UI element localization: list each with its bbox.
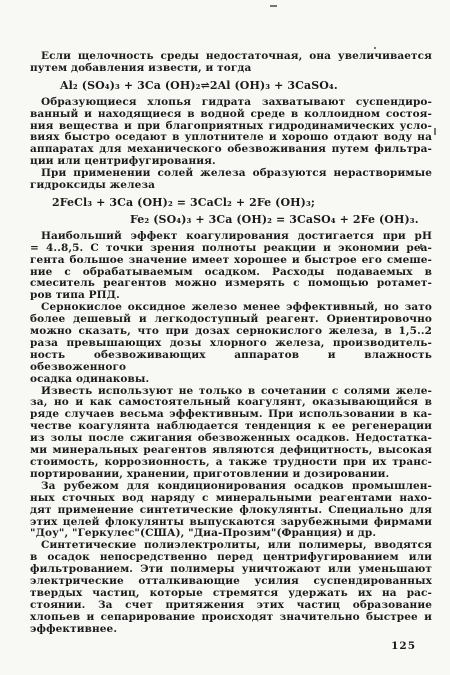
text-line: ность обезвоживающих аппаратов и влажнос…: [30, 350, 432, 374]
paragraph: Образующиеся хлопья гидрата захватывают …: [30, 97, 432, 168]
text-line: Наибольший эффект коагулирования достига…: [30, 231, 432, 243]
text-line: стоянии. За счет притяжения этих частиц …: [30, 600, 432, 612]
text-line: ванный и находящиеся в водной среде в ко…: [30, 109, 432, 121]
text-line: = 4..8,5. С точки зрения полноты реакции…: [30, 243, 432, 255]
text-line: осадка одинаковы.: [30, 374, 432, 386]
scan-artifact-tick: [434, 128, 436, 135]
paragraph: Наибольший эффект коагулирования достига…: [30, 231, 432, 302]
chemical-equation: 2FeCl₃ + 3Ca (OH)₂ = 3CaCl₂ + 2Fe (OH)₃;: [30, 197, 432, 209]
text-line: дят применение синтетические флокулянты.…: [30, 505, 432, 517]
text-line: путем добавления извести, и тогда: [30, 63, 432, 75]
paragraph: Если щелочность среды недостаточная, она…: [30, 51, 432, 75]
text-line: хлопьев и сепарирование происходят значи…: [30, 612, 432, 624]
text-line: эффективнее.: [30, 624, 432, 636]
text-line: гента большое значение имеет хорошее и б…: [30, 255, 432, 267]
scan-artifact-dash: [270, 5, 277, 7]
paragraph: При применении солей железа образуются н…: [30, 168, 432, 192]
chemical-equation: Al₂ (SO₄)₃ + 3Ca (OH)₂⇌2Al (OH)₃ + 3CaSO…: [30, 80, 432, 92]
page-content: Если щелочность среды недостаточная, она…: [30, 51, 432, 636]
text-line: За рубежом для кондиционирования осадков…: [30, 481, 432, 493]
paragraph: Синтетические полиэлектролиты, или полим…: [30, 540, 432, 635]
paragraph: Известь используют не только в сочетании…: [30, 386, 432, 481]
paragraph: За рубежом для кондиционирования осадков…: [30, 481, 432, 541]
scan-artifact-dot: [374, 47, 376, 49]
text-line: Образующиеся хлопья гидрата захватывают …: [30, 97, 432, 109]
chemical-equation: Fe₂ (SO₄)₃ + 3Ca (OH)₂ = 3CaSO₄ + 2Fe (O…: [30, 214, 432, 226]
text-line: гидроксиды железа: [30, 180, 432, 192]
paragraph: Сернокислое оксидное железо менее эффект…: [30, 302, 432, 385]
document-page: Если щелочность среды недостаточная, она…: [0, 0, 450, 675]
page-number: 125: [391, 640, 416, 652]
text-line: ных сточных вод наряду с минеральными ре…: [30, 493, 432, 505]
